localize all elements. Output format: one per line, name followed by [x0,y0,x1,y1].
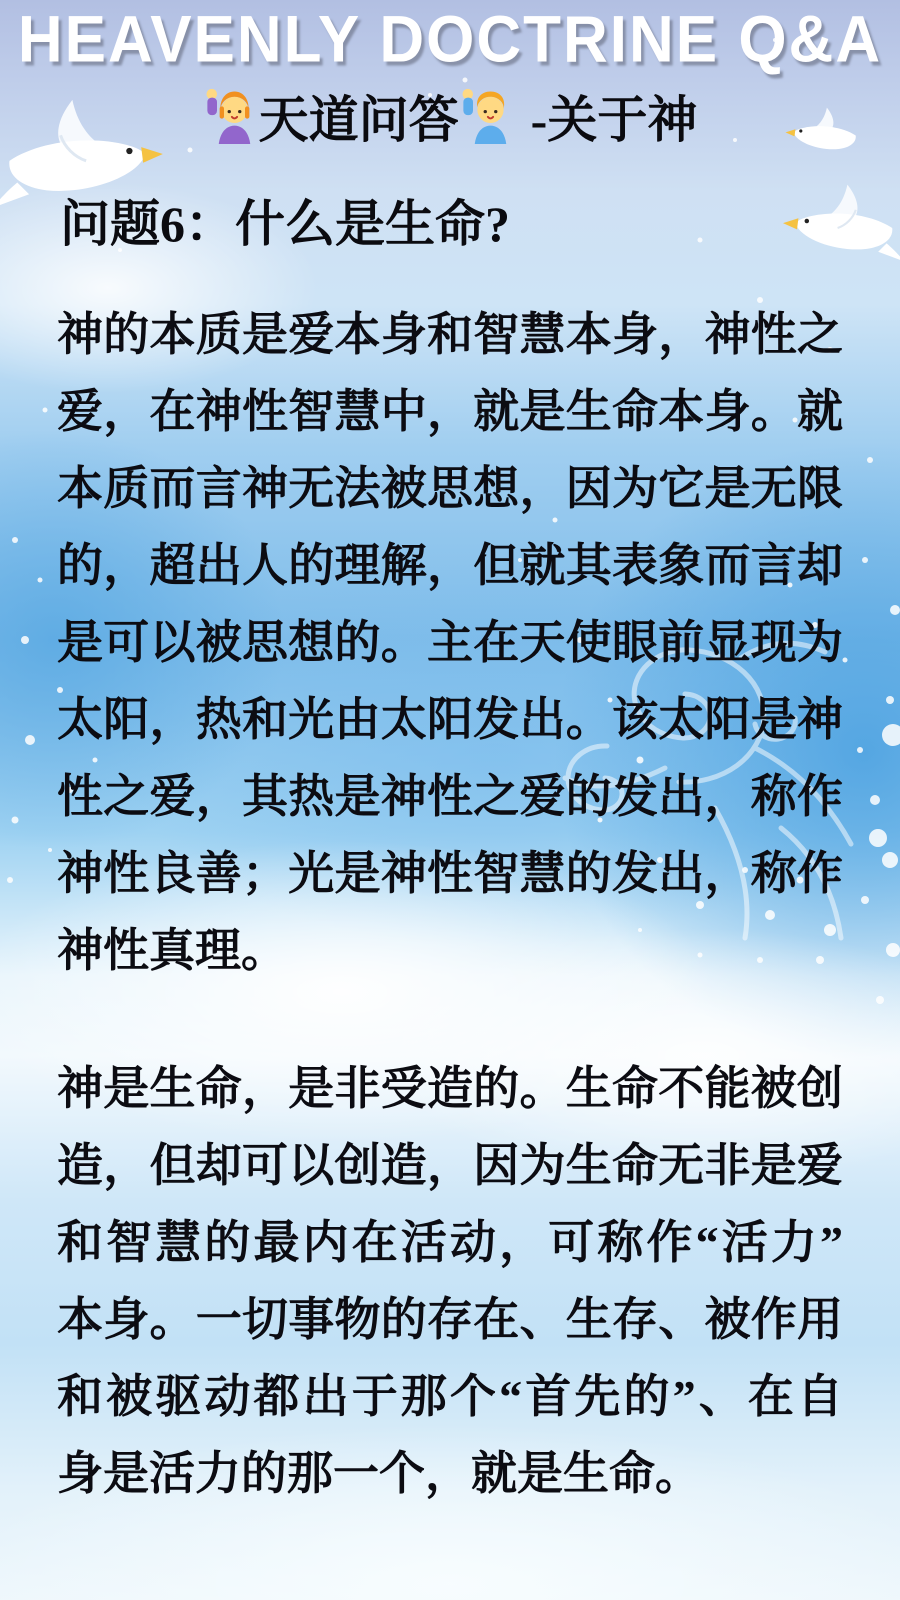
man-raising-hand-emoji [459,88,515,144]
subtitle: 天道问答 -关于神 [0,78,900,154]
answer-line: 神性良善；光是神性智慧的发出，称作 [57,835,843,912]
answer-line: 造，但却可以创造，因为生命无非是爱 [57,1127,843,1204]
page-title: HEAVENLY DOCTRINE Q&A [0,0,900,81]
answer-line: 神的本质是爱本身和智慧本身，神性之 [57,296,843,373]
answer-line: 和被驱动都出于那个“首先的”、在自 [57,1358,843,1435]
answer-line: 本质而言神无法被思想，因为它是无限 [57,450,843,527]
answer-line: 神性真理。 [57,912,843,989]
answer-line: 本身。一切事物的存在、生存、被作用 [57,1281,843,1358]
answer-line: 性之爱，其热是神性之爱的发出，称作 [57,758,843,835]
answer-paragraph-2: 神是生命，是非受造的。生命不能被创 造，但却可以创造，因为生命无非是爱 和智慧的… [57,1050,843,1512]
answer-line: 爱，在神性智慧中，就是生命本身。就 [57,373,843,450]
woman-raising-hand-emoji [203,88,259,144]
dove-illustration-right-large [762,172,900,270]
answer-line: 和智慧的最内在活动，可称作“活力” [57,1204,843,1281]
answer-line: 神是生命，是非受造的。生命不能被创 [57,1050,843,1127]
answer-paragraph-1: 神的本质是爱本身和智慧本身，神性之 爱，在神性智慧中，就是生命本身。就 本质而言… [57,296,843,989]
question-title: 问题6：什么是生命? [60,186,510,263]
answer-line: 太阳，热和光由太阳发出。该太阳是神 [57,681,843,758]
subtitle-text: 天道问答 [259,80,459,152]
answer-line: 是可以被思想的。主在天使眼前显现为 [57,604,843,681]
subtitle-suffix: -关于神 [531,80,698,152]
answer-line: 的，超出人的理解，但就其表象而言却 [57,527,843,604]
answer-line: 身是活力的那一个，就是生命。 [57,1435,843,1512]
text-card: HEAVENLY DOCTRINE Q&A 天道问答 -关于神 问 [0,0,900,1600]
